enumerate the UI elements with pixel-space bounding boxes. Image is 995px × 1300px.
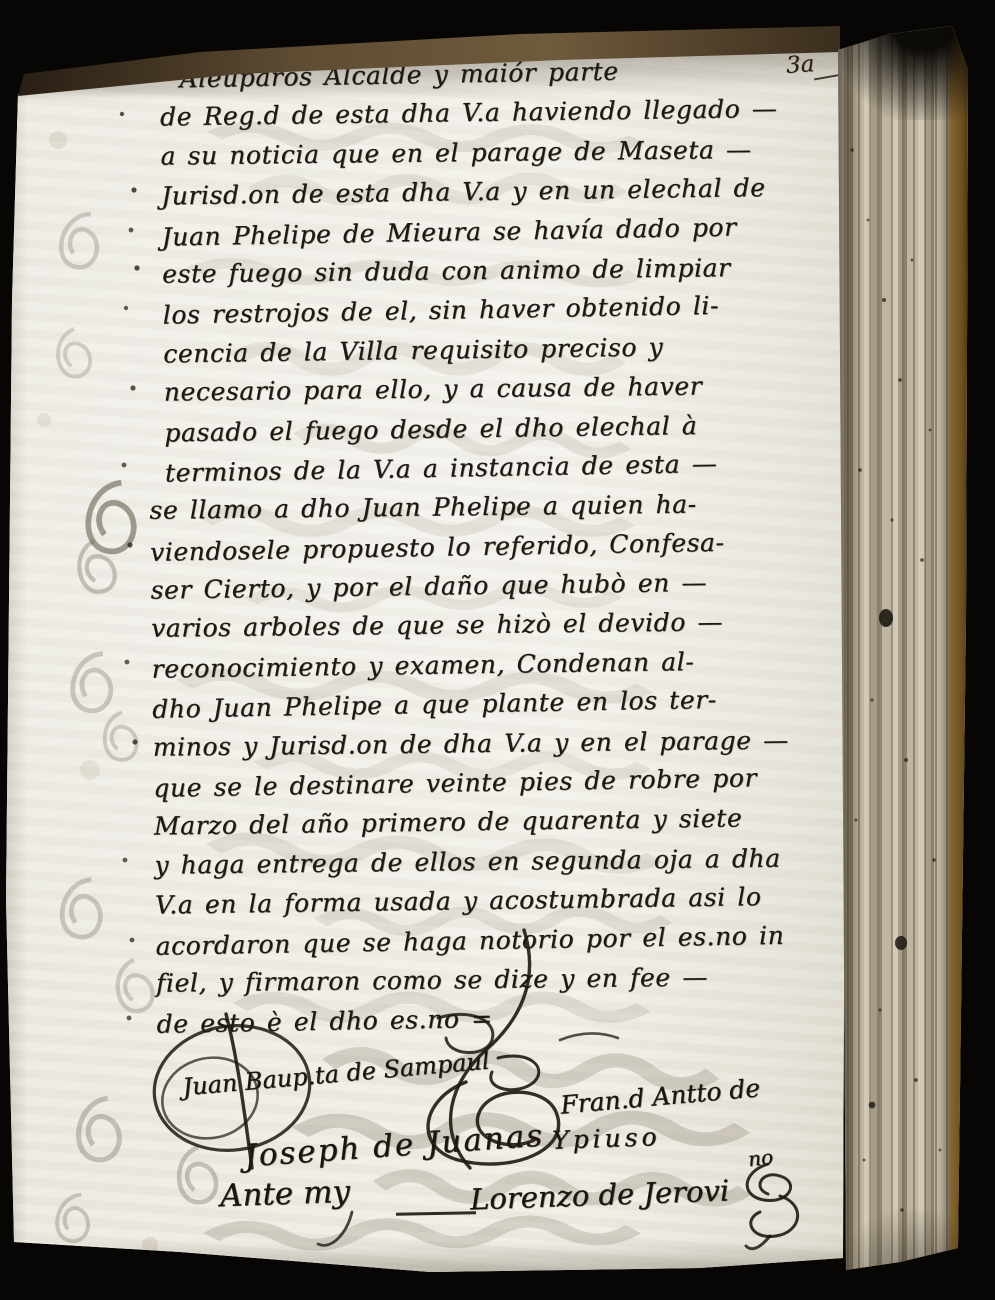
manuscript-photograph: 3a Aleuparós Alcalde y maiór parte de Re… [0,0,995,1300]
